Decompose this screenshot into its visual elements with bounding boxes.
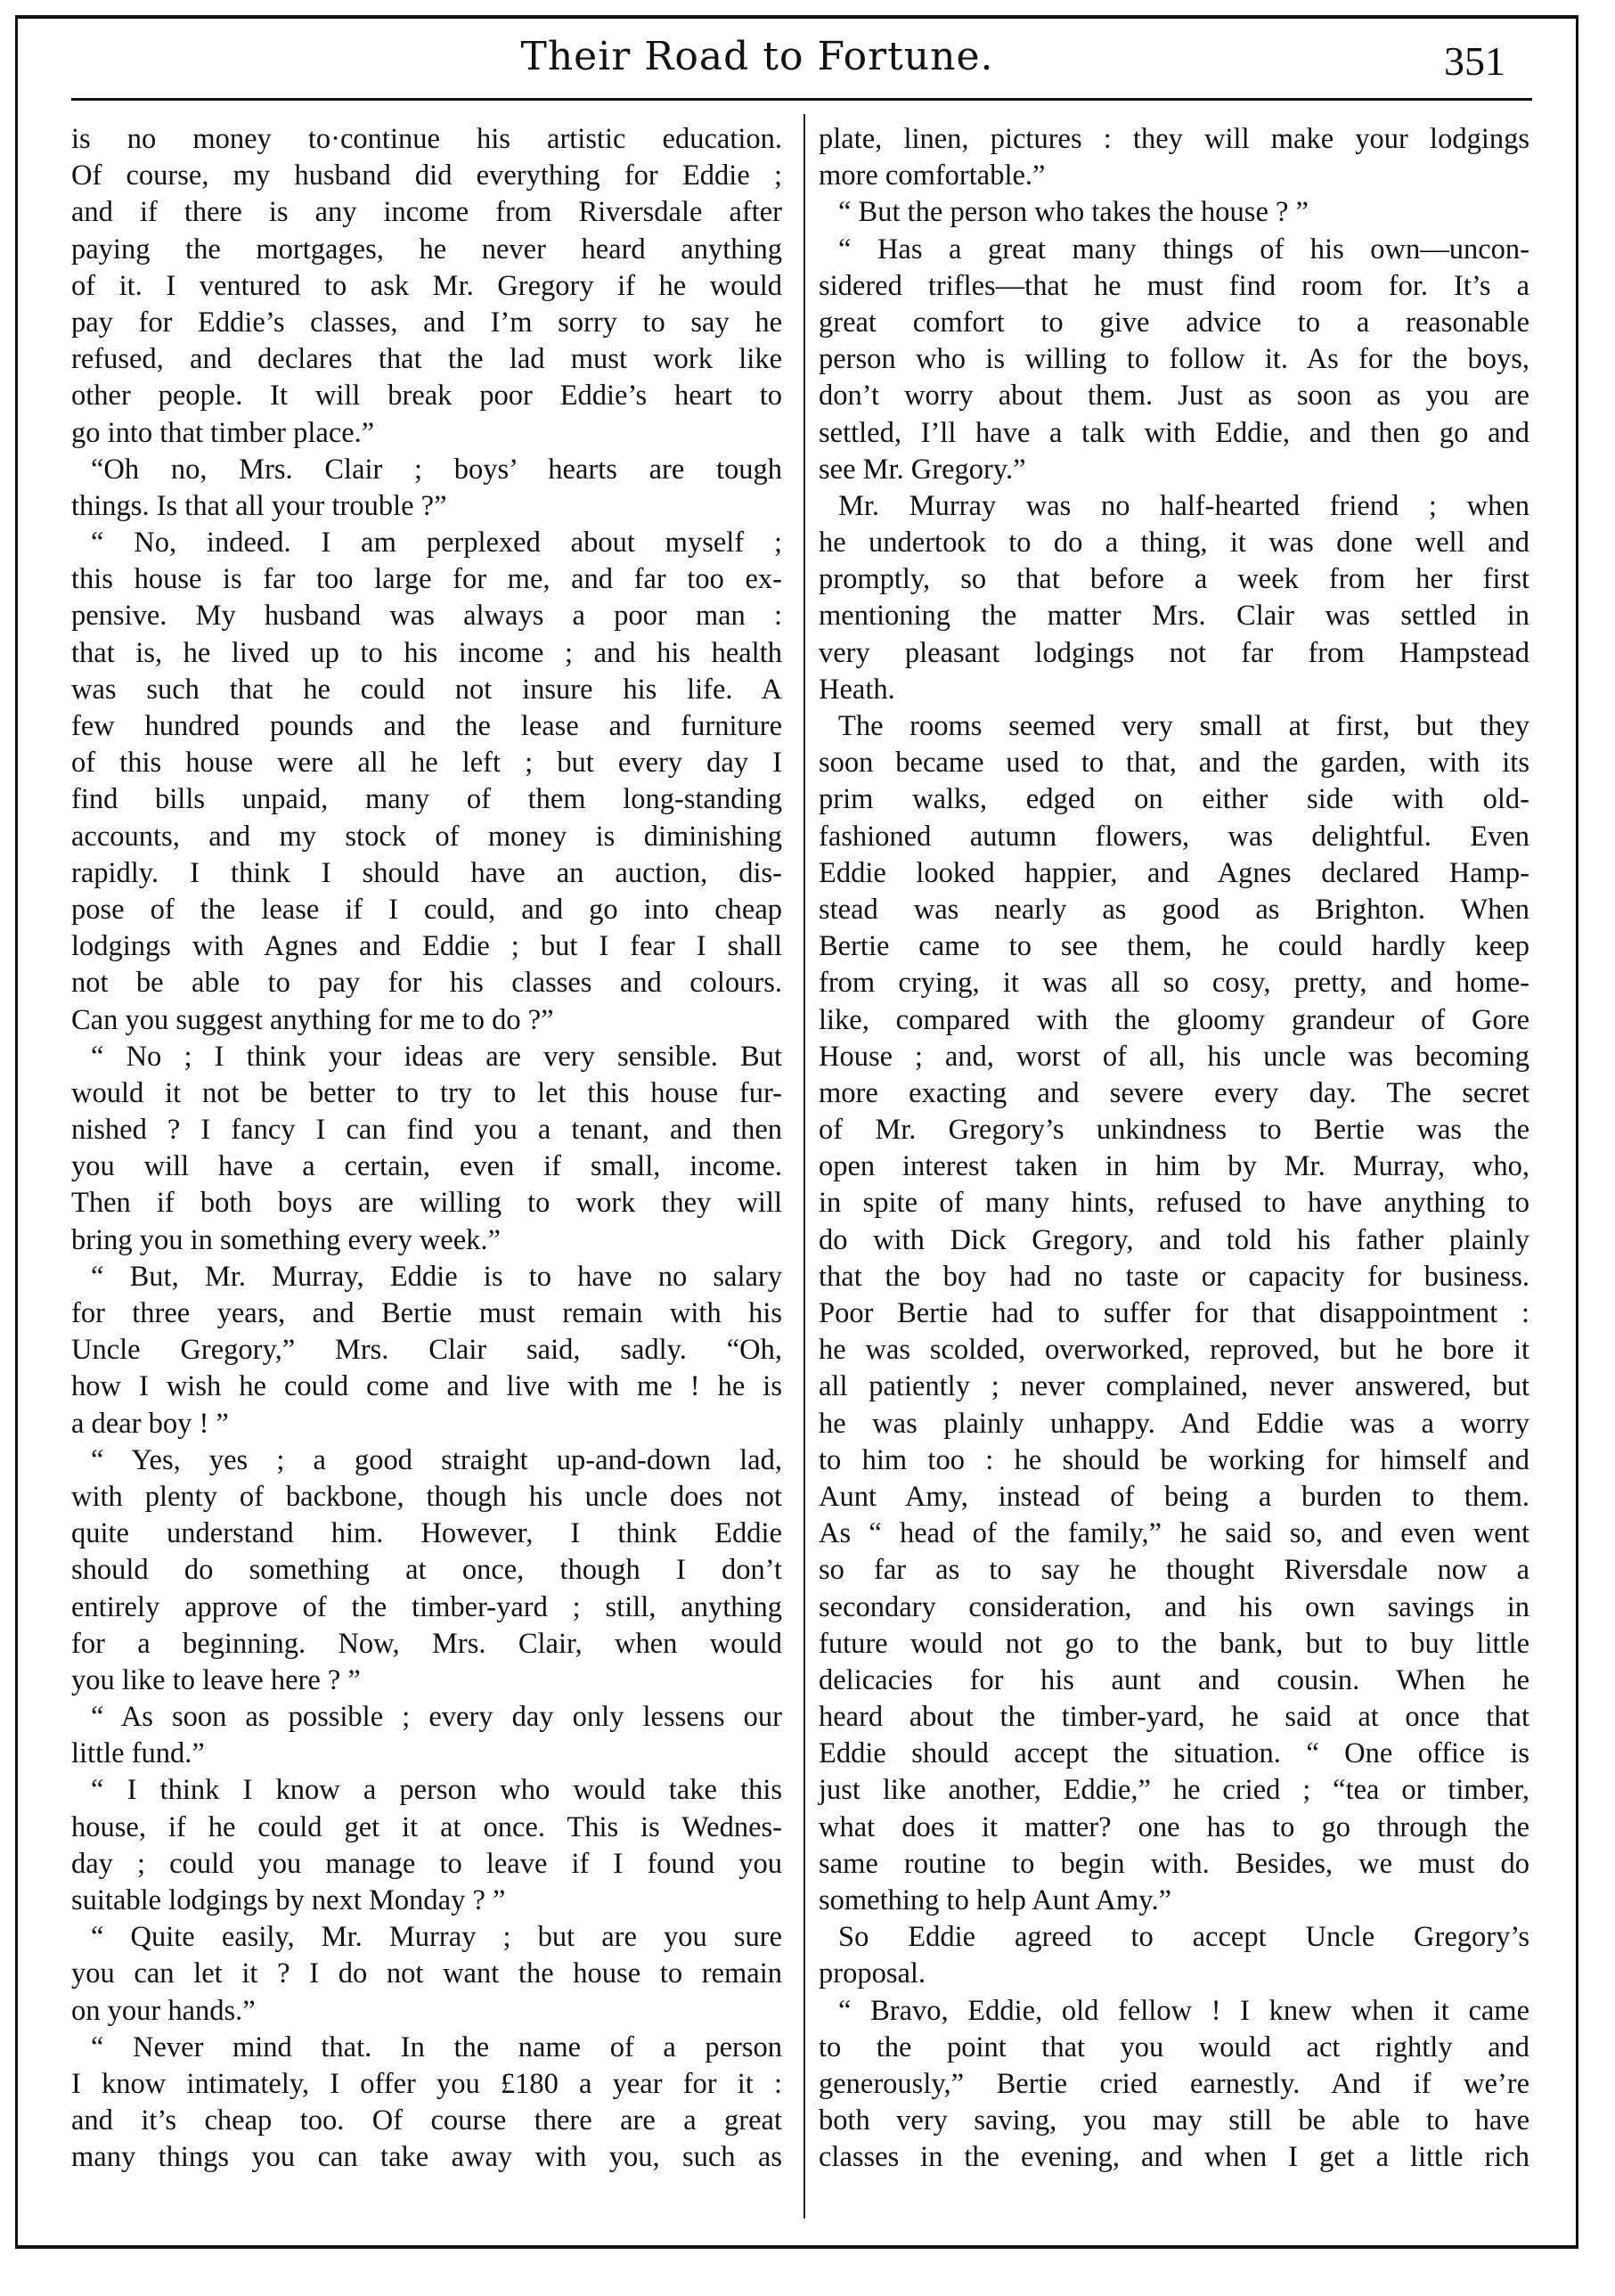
text-line: Can you suggest anything for me to do ?” [71, 1002, 782, 1039]
text-line: nished ? I fancy I can find you a tenant… [71, 1112, 782, 1148]
text-line: Eddie should accept the situation. “ One… [819, 1736, 1529, 1772]
text-line: from crying, it was all so cosy, pretty,… [819, 965, 1529, 1001]
text-line: plate, linen, pictures : they will make … [819, 121, 1529, 158]
text-line: that is, he lived up to his income ; and… [71, 635, 782, 672]
text-line: how I wish he could come and live with m… [71, 1369, 782, 1405]
text-line: should do something at once, though I do… [71, 1552, 782, 1589]
text-line: he undertook to do a thing, it was done … [819, 525, 1529, 561]
text-line: “ No, indeed. I am perplexed about mysel… [71, 525, 782, 561]
text-line: house, if he could get it at once. This … [71, 1810, 782, 1846]
text-line: a dear boy ! ” [71, 1406, 782, 1442]
text-line: “ Bravo, Eddie, old fellow ! I knew when… [819, 1993, 1529, 2030]
text-line: you like to leave here ? ” [71, 1663, 782, 1699]
text-line: and if there is any income from Riversda… [71, 194, 782, 231]
text-line: you can let it ? I do not want the house… [71, 1956, 782, 1992]
page-number: 351 [1444, 37, 1505, 85]
text-line: little fund.” [71, 1736, 782, 1772]
text-line: he was scolded, overworked, reproved, bu… [819, 1332, 1529, 1369]
text-line: this house is far too large for me, and … [71, 561, 782, 598]
text-line: both very saving, you may still be able … [819, 2103, 1529, 2139]
text-line: classes in the evening, and when I get a… [819, 2139, 1529, 2176]
text-line: heard about the timber-yard, he said at … [819, 1699, 1529, 1736]
text-line: proposal. [819, 1956, 1529, 1992]
text-line: of this house were all he left ; but eve… [71, 745, 782, 781]
text-line: other people. It will break poor Eddie’s… [71, 378, 782, 414]
text-line: lodgings with Agnes and Eddie ; but I fe… [71, 928, 782, 965]
text-line: “ No ; I think your ideas are very sensi… [71, 1039, 782, 1075]
text-line: refused, and declares that the lad must … [71, 341, 782, 378]
text-line: “ But, Mr. Murray, Eddie is to have no s… [71, 1259, 782, 1295]
text-line: mentioning the matter Mrs. Clair was set… [819, 598, 1529, 634]
text-line: for three years, and Bertie must remain … [71, 1295, 782, 1332]
text-line: day ; could you manage to leave if I fou… [71, 1846, 782, 1883]
text-line: not be able to pay for his classes and c… [71, 965, 782, 1001]
text-line: “ Has a great many things of his own—unc… [819, 232, 1529, 268]
text-line: Eddie looked happier, and Agnes declared… [819, 855, 1529, 892]
page-title: Their Road to Fortune. [71, 34, 1443, 79]
text-line: promptly, so that before a week from her… [819, 561, 1529, 598]
text-line: “Oh no, Mrs. Clair ; boys’ hearts are to… [71, 452, 782, 488]
text-line: Mr. Murray was no half-hearted friend ; … [819, 488, 1529, 525]
text-line: bring you in something every week.” [71, 1222, 782, 1259]
running-head: Their Road to Fortune. 351 [71, 27, 1532, 98]
text-line: “ Yes, yes ; a good straight up-and-down… [71, 1442, 782, 1479]
text-line: more comfortable.” [819, 158, 1529, 194]
text-line: quite understand him. However, I think E… [71, 1516, 782, 1552]
text-line: “ But the person who takes the house ? ” [819, 194, 1529, 231]
text-line: “ As soon as possible ; every day only l… [71, 1699, 782, 1736]
text-line: suitable lodgings by next Monday ? ” [71, 1883, 782, 1919]
text-line: secondary consideration, and his own sav… [819, 1589, 1529, 1626]
right-column: plate, linen, pictures : they will make … [819, 121, 1529, 2177]
text-line: to him too : he should be working for hi… [819, 1442, 1529, 1479]
text-line: don’t worry about them. Just as soon as … [819, 378, 1529, 414]
text-line: generously,” Bertie cried earnestly. And… [819, 2066, 1529, 2103]
text-line: of Mr. Gregory’s unkindness to Bertie wa… [819, 1112, 1529, 1148]
text-line: for a beginning. Now, Mrs. Clair, when w… [71, 1626, 782, 1663]
text-line: do with Dick Gregory, and told his fathe… [819, 1222, 1529, 1259]
text-line: go into that timber place.” [71, 415, 782, 452]
text-line: “ Never mind that. In the name of a pers… [71, 2030, 782, 2066]
header-rule [71, 98, 1532, 101]
text-line: stead was nearly as good as Brighton. Wh… [819, 892, 1529, 928]
text-line: like, compared with the gloomy grandeur … [819, 1002, 1529, 1039]
text-line: soon became used to that, and the garden… [819, 745, 1529, 781]
text-line: and it’s cheap too. Of course there are … [71, 2103, 782, 2139]
text-line: prim walks, edged on either side with ol… [819, 781, 1529, 818]
text-line: just like another, Eddie,” he cried ; “t… [819, 1772, 1529, 1809]
text-line: great comfort to give advice to a reason… [819, 305, 1529, 341]
text-line: Bertie came to see them, he could hardly… [819, 928, 1529, 965]
text-line: Aunt Amy, instead of being a burden to t… [819, 1479, 1529, 1516]
text-line: “ I think I know a person who would take… [71, 1772, 782, 1809]
text-line: find bills unpaid, many of them long-sta… [71, 781, 782, 818]
text-line: pose of the lease if I could, and go int… [71, 892, 782, 928]
text-line: fashioned autumn flowers, was delightful… [819, 819, 1529, 855]
text-line: The rooms seemed very small at first, bu… [819, 708, 1529, 745]
text-line: House ; and, worst of all, his uncle was… [819, 1039, 1529, 1075]
text-line: I know intimately, I offer you £180 a ye… [71, 2066, 782, 2103]
text-line: all patiently ; never complained, never … [819, 1369, 1529, 1405]
text-line: entirely approve of the timber-yard ; st… [71, 1589, 782, 1626]
text-line: delicacies for his aunt and cousin. When… [819, 1663, 1529, 1699]
text-line: accounts, and my stock of money is dimin… [71, 819, 782, 855]
text-line: “ Quite easily, Mr. Murray ; but are you… [71, 1919, 782, 1956]
text-line: is no money to·continue his artistic edu… [71, 121, 782, 158]
text-line: would it not be better to try to let thi… [71, 1075, 782, 1112]
text-line: see Mr. Gregory.” [819, 452, 1529, 488]
text-line: that the boy had no taste or capacity fo… [819, 1259, 1529, 1295]
text-line: pensive. My husband was always a poor ma… [71, 598, 782, 634]
text-line: person who is willing to follow it. As f… [819, 341, 1529, 378]
text-line: Then if both boys are willing to work th… [71, 1185, 782, 1222]
text-line: few hundred pounds and the lease and fur… [71, 708, 782, 745]
left-column: is no money to·continue his artistic edu… [71, 121, 782, 2177]
text-line: Heath. [819, 672, 1529, 708]
text-line: something to help Aunt Amy.” [819, 1883, 1529, 1919]
text-line: rapidly. I think I should have an auctio… [71, 855, 782, 892]
text-line: so far as to say he thought Riversdale n… [819, 1552, 1529, 1589]
text-line: he was plainly unhappy. And Eddie was a … [819, 1406, 1529, 1442]
text-line: things. Is that all your trouble ?” [71, 488, 782, 525]
text-line: Poor Bertie had to suffer for that disap… [819, 1295, 1529, 1332]
text-line: same routine to begin with. Besides, we … [819, 1846, 1529, 1883]
text-line: pay for Eddie’s classes, and I’m sorry t… [71, 305, 782, 341]
text-line: on your hands.” [71, 1993, 782, 2030]
text-line: to the point that you would act rightly … [819, 2030, 1529, 2066]
column-divider [803, 114, 805, 2218]
text-line: you will have a certain, even if small, … [71, 1148, 782, 1185]
text-line: more exacting and severe every day. The … [819, 1075, 1529, 1112]
text-line: of it. I ventured to ask Mr. Gregory if … [71, 268, 782, 305]
text-line: many things you can take away with you, … [71, 2139, 782, 2176]
text-line: Uncle Gregory,” Mrs. Clair said, sadly. … [71, 1332, 782, 1369]
text-line: future would not go to the bank, but to … [819, 1626, 1529, 1663]
text-line: As “ head of the family,” he said so, an… [819, 1516, 1529, 1552]
text-line: what does it matter? one has to go throu… [819, 1810, 1529, 1846]
text-line: very pleasant lodgings not far from Hamp… [819, 635, 1529, 672]
text-line: was such that he could not insure his li… [71, 672, 782, 708]
text-line: paying the mortgages, he never heard any… [71, 232, 782, 268]
text-line: in spite of many hints, refused to have … [819, 1185, 1529, 1222]
text-line: Of course, my husband did everything for… [71, 158, 782, 194]
text-line: sidered trifles—that he must find room f… [819, 268, 1529, 305]
text-line: with plenty of backbone, though his uncl… [71, 1479, 782, 1516]
text-line: open interest taken in him by Mr. Murray… [819, 1148, 1529, 1185]
text-line: So Eddie agreed to accept Uncle Gregory’… [819, 1919, 1529, 1956]
text-line: settled, I’ll have a talk with Eddie, an… [819, 415, 1529, 452]
